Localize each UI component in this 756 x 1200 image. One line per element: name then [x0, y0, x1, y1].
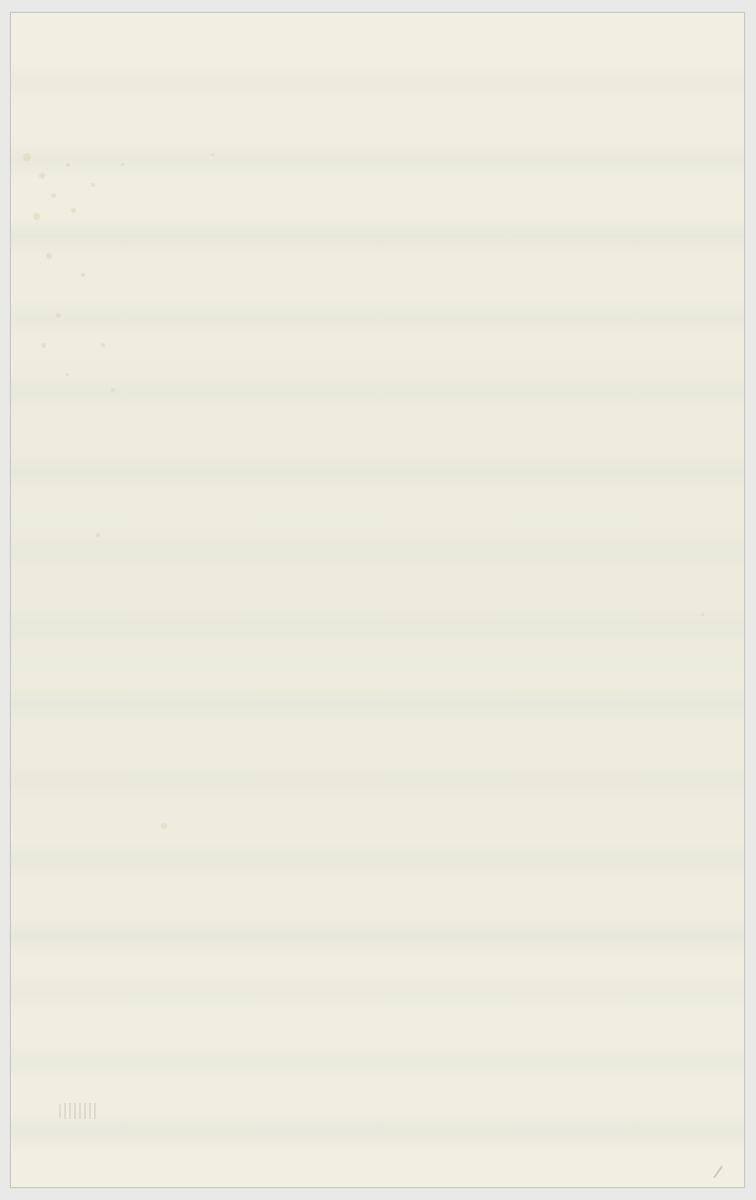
foxing-spot — [161, 823, 167, 829]
foxing-spot — [41, 343, 46, 348]
paper-band — [11, 218, 744, 256]
foxing-spot — [33, 213, 40, 220]
paper-sheet — [10, 12, 745, 1188]
foxing-spot — [211, 153, 214, 156]
paper-band — [11, 1113, 744, 1151]
paper-band — [11, 685, 744, 723]
foxing-spot — [46, 253, 52, 259]
foxing-spot — [121, 163, 124, 166]
paper-band — [11, 841, 744, 879]
foxing-spot — [101, 343, 105, 347]
foxing-spot — [56, 313, 61, 318]
paper-band — [11, 298, 744, 336]
foxing-spot — [81, 273, 85, 277]
foxing-spot — [23, 153, 31, 161]
paper-band — [11, 141, 744, 179]
foxing-spot — [66, 373, 69, 376]
foxing-spot — [39, 173, 45, 179]
foxing-spot — [91, 183, 95, 187]
paper-band — [11, 973, 744, 1011]
foxing-spot — [66, 163, 70, 167]
paper-band — [11, 453, 744, 491]
paper-band — [11, 608, 744, 646]
paper-band — [11, 918, 744, 956]
foxing-spot — [51, 193, 56, 198]
paper-band — [11, 531, 744, 569]
paper-band — [11, 1043, 744, 1081]
foxing-spot — [701, 613, 704, 616]
paper-band — [11, 763, 744, 801]
corner-pencil-stroke — [713, 1166, 723, 1179]
foxing-spot — [111, 388, 115, 392]
scan-background — [0, 0, 756, 1200]
foxing-spot — [71, 208, 76, 213]
foxing-spot — [96, 533, 100, 537]
paper-band — [11, 63, 744, 101]
paper-band — [11, 373, 744, 411]
illegible-pencil-mark — [59, 1103, 99, 1119]
